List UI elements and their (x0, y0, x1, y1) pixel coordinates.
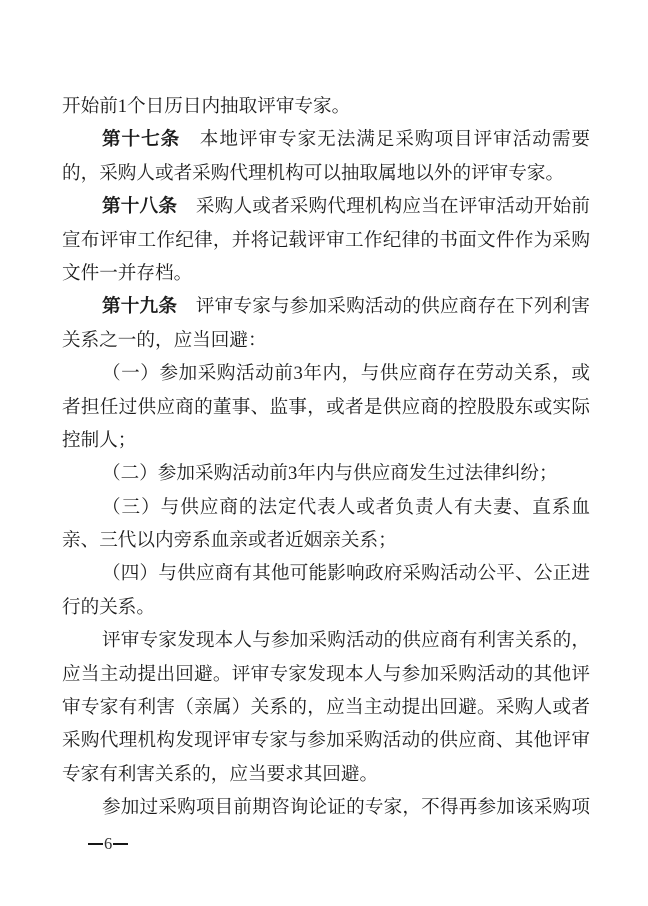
article-number-gap (180, 129, 200, 150)
document-line: 关系之一的，应当回避： (62, 324, 590, 357)
line-text: 评审专家与参加采购活动的供应商存在下列利害 (196, 296, 590, 317)
page-number-dash-left (88, 843, 103, 846)
document-line: 文件一并存档。 (62, 257, 590, 290)
document-line: 者担任过供应商的董事、监事，或者是供应商的控股股东或实际 (62, 391, 590, 424)
article-number: 第十七条 (102, 129, 180, 150)
document-line: 审专家有利害（亲属）关系的，应当主动提出回避。采购人或者 (62, 691, 590, 724)
document-line: 第十九条 评审专家与参加采购活动的供应商存在下列利害 (62, 290, 590, 323)
document-line: 评审专家发现本人与参加采购活动的供应商有利害关系的， (62, 624, 590, 657)
line-text: 本地评审专家无法满足采购项目评审活动需要 (200, 129, 590, 150)
document-line: 采购代理机构发现评审专家与参加采购活动的供应商、其他评审 (62, 724, 590, 757)
article-number-gap (177, 296, 196, 317)
article-number: 第十九条 (102, 296, 177, 317)
document-line: 开始前1个日历日内抽取评审专家。 (62, 90, 590, 123)
document-line: （二）参加采购活动前3年内与供应商发生过法律纠纷； (62, 457, 590, 490)
document-line: 亲、三代以内旁系血亲或者近姻亲关系； (62, 524, 590, 557)
page-number-dash-right (113, 843, 128, 846)
document-line: 的，采购人或者采购代理机构可以抽取属地以外的评审专家。 (62, 157, 590, 190)
document-line: 第十八条 采购人或者采购代理机构应当在评审活动开始前 (62, 190, 590, 223)
document-line: 控制人； (62, 424, 590, 457)
page-footer: 6 (88, 835, 128, 853)
document-line: （一）参加采购活动前3年内，与供应商存在劳动关系，或 (62, 357, 590, 390)
article-number: 第十八条 (102, 196, 177, 217)
page-number: 6 (103, 835, 113, 853)
document-line: （四）与供应商有其他可能影响政府采购活动公平、公正进 (62, 557, 590, 590)
document-line: 参加过采购项目前期咨询论证的专家，不得再参加该采购项 (62, 791, 590, 824)
document-line: 行的关系。 (62, 591, 590, 624)
document-line: 专家有利害关系的，应当要求其回避。 (62, 758, 590, 791)
document-body: 开始前1个日历日内抽取评审专家。第十七条 本地评审专家无法满足采购项目评审活动需… (62, 90, 590, 825)
document-line: 宣布评审工作纪律，并将记载评审工作纪律的书面文件作为采购 (62, 224, 590, 257)
document-line: 应当主动提出回避。评审专家发现本人与参加采购活动的其他评 (62, 658, 590, 691)
document-page: 开始前1个日历日内抽取评审专家。第十七条 本地评审专家无法满足采购项目评审活动需… (0, 0, 648, 906)
line-text: 采购人或者采购代理机构应当在评审活动开始前 (196, 196, 590, 217)
document-line: 第十七条 本地评审专家无法满足采购项目评审活动需要 (62, 123, 590, 156)
document-line: （三）与供应商的法定代表人或者负责人有夫妻、直系血 (62, 491, 590, 524)
article-number-gap (177, 196, 196, 217)
